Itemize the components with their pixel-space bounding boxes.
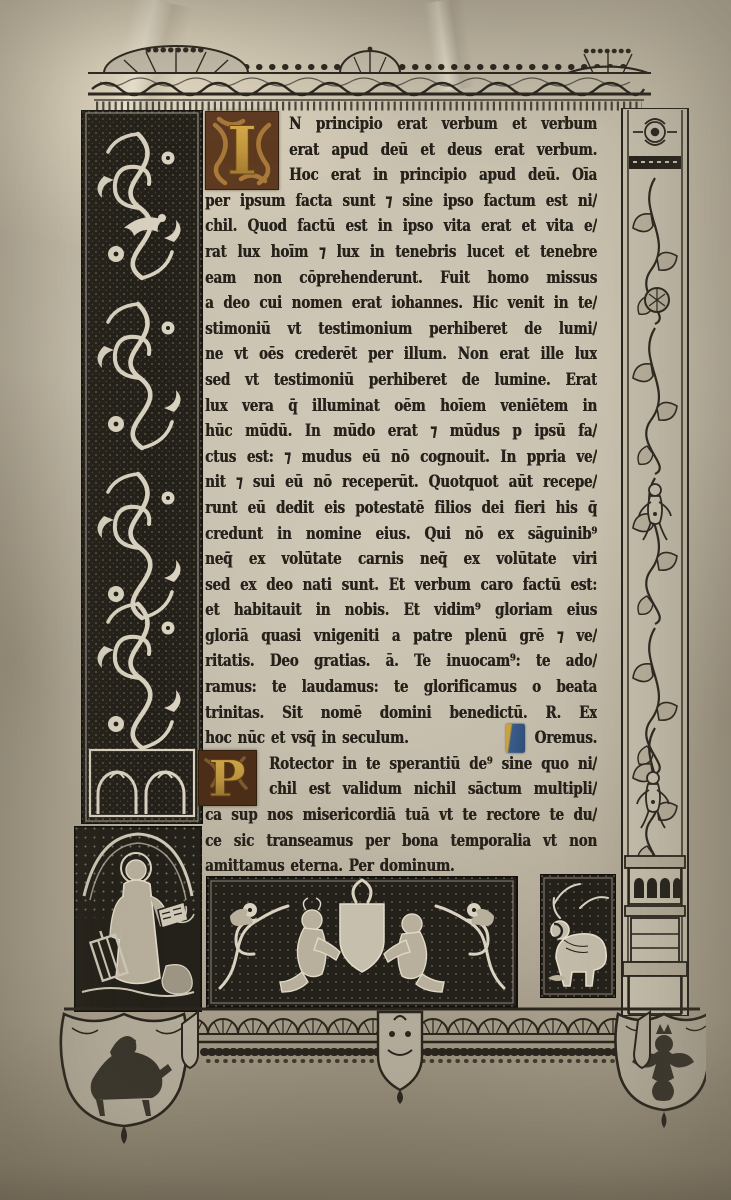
paragraph-protector-collect: Rotector in te sperantiū de⁹ sine quo ni… (205, 752, 597, 880)
left-border-woodcut (80, 110, 204, 824)
right-border-woodcut (621, 108, 689, 1016)
dome-ornament-left (104, 46, 248, 73)
dome-ornament-right (568, 49, 648, 73)
ram-panel (540, 874, 616, 998)
top-frieze-woodcut (82, 44, 657, 112)
dome-ornament-center (340, 47, 400, 73)
corbel-mask-icon (378, 1012, 422, 1104)
corner-cartouche-left (61, 1014, 187, 1144)
bottom-frieze-woodcut (58, 1006, 706, 1156)
manuscript-leaf-photo: I N principio erat verbum et verbumerat … (0, 0, 731, 1200)
paragraph-john-prologue: N principio erat verbum et verbumerat ap… (205, 112, 597, 726)
fruit-icon (645, 288, 669, 312)
column-base (623, 856, 687, 1014)
wildmen-shield-panel (206, 876, 518, 1008)
text-block: I N principio erat verbum et verbumerat … (205, 112, 597, 884)
st-lawrence-panel (74, 826, 202, 1012)
corner-cartouche-right (615, 1014, 706, 1128)
